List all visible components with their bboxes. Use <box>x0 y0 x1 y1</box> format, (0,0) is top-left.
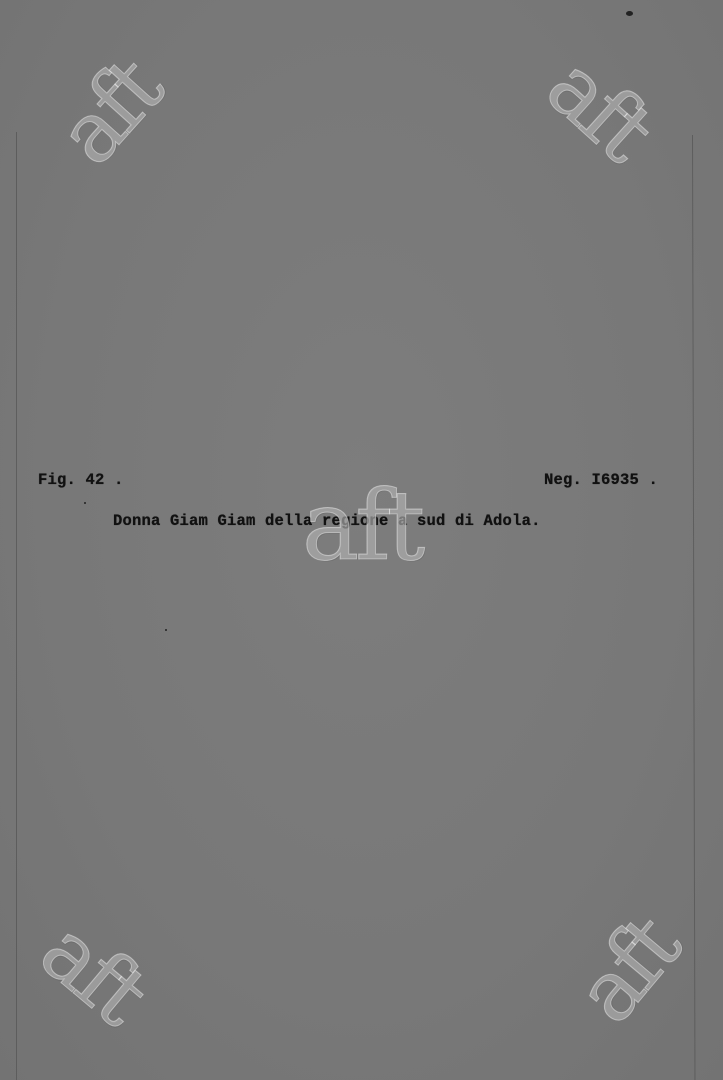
watermark-top-right: aft <box>533 42 666 173</box>
dust-speck <box>165 629 167 631</box>
dust-speck <box>626 11 633 16</box>
watermark-top-left: aft <box>44 46 175 179</box>
left-card-edge <box>16 132 17 1080</box>
dust-speck <box>84 502 86 504</box>
negative-number: Neg. I6935 . <box>544 471 658 489</box>
watermark-bottom-right: aft <box>562 904 693 1037</box>
watermark-center: aft <box>302 478 421 574</box>
figure-number: Fig. 42 . <box>38 471 124 489</box>
watermark-bottom-left: aft <box>27 907 160 1038</box>
scanned-card: aft aft aft aft Fig. 42 . Neg. I6935 . D… <box>0 0 723 1080</box>
right-card-edge <box>692 135 695 1080</box>
